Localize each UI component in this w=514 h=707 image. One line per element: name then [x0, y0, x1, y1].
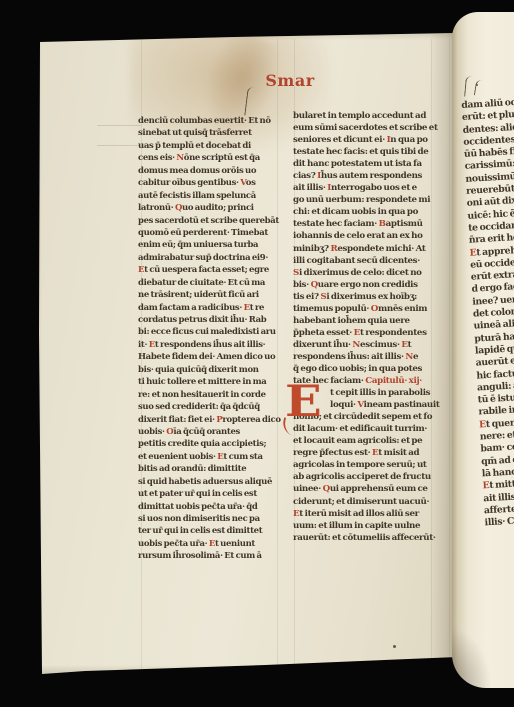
- next-leaf-corner-shadow: [452, 628, 492, 688]
- text-line: suo sed crediderit: q̄a q̄dcūq̄: [138, 401, 281, 413]
- text-line: ab agricolis acciperet de fructu: [293, 471, 454, 483]
- text-line: enim eū; q̄m uniuersa turba: [138, 239, 281, 251]
- text-line: ter ur̄ qui in celis est dimittet: [138, 525, 281, 537]
- text-line: dixerit fiat: fiet ei· Propterea dico: [138, 414, 281, 426]
- text-line: domus mea domus orōis uo: [138, 165, 281, 177]
- ruling-line-horizontal: [97, 145, 141, 146]
- text-line: rursum ih̄rosolimā· Et cum ā: [138, 550, 281, 562]
- text-line: uinee· Qui apprehensū eum ce: [293, 483, 454, 495]
- text-line: iohannis de celo erat an ex ho: [293, 230, 454, 242]
- left-edge-shadow: [35, 33, 42, 677]
- text-line: illis· Cuius ē yma: [484, 514, 514, 530]
- text-line: timemus populū· Omnēs enim: [293, 303, 454, 315]
- text-line: si uos non dimiseritis nec pa: [138, 513, 281, 525]
- text-line: dixerunt ih̄u· Nescimus· Et: [293, 339, 454, 351]
- text-line: bis· Quare ergo non credidis: [293, 279, 454, 291]
- text-line: minibʒ? Respondete michi· At: [293, 243, 454, 255]
- bottom-edge-shadow: [35, 665, 459, 677]
- ruling-line-horizontal: [97, 125, 141, 126]
- text-line: uum: et illum in capite uulne: [293, 520, 454, 532]
- text-line: diebatur de ciuitate· Et cū ma: [138, 277, 281, 289]
- text-line: bitis ad orandū: dimittite: [138, 463, 281, 475]
- text-line: agricolas in tempore seruū; ut: [293, 459, 454, 471]
- text-line: q̄ ego dico uobis; in qua potes: [293, 363, 454, 375]
- text-line: cias? Ih̄us autem respondens: [293, 170, 454, 182]
- next-page-text: dam aliū occierūt: et pluresdentes: alio…: [461, 97, 514, 530]
- text-line: ait illis· Interrogabo uos et e: [293, 182, 454, 194]
- text-line: ti huic tollere et mittere in ma: [138, 376, 281, 388]
- text-line: petitis credite quia accipietis;: [138, 438, 281, 450]
- text-line: rauerūt: et cōtumeliis affecerūt·: [293, 532, 454, 544]
- manuscript-page: Smar denciū columbas euertit· Et nōsineb…: [35, 33, 459, 677]
- text-line: uobis pec̄ta ur̄a· Et ueniunt: [138, 538, 281, 550]
- text-line: sinebat ut quisq̄ trāsferret: [138, 127, 281, 139]
- text-line: Si dixerimus de celo: dicet no: [293, 267, 454, 279]
- photo-stage: Smar denciū columbas euertit· Et nōsineb…: [0, 0, 514, 707]
- pen-flourish-icon: [244, 87, 256, 117]
- text-line: tis ei? Si dixerimus ex hoībʒ:: [293, 291, 454, 303]
- text-line: Et cū uespera facta esset; egre: [138, 264, 281, 276]
- text-line: dit hanc potestatem ut ista fa: [293, 158, 454, 170]
- text-line: et euenient uobis· Et cum sta: [138, 451, 281, 463]
- text-line: respondens ih̄us: ait illis· Ne: [293, 351, 454, 363]
- text-line: dam factam a radicibus· Et re: [138, 302, 281, 314]
- text-line: uas p̄ templū et docebat di: [138, 140, 281, 152]
- text-line: go unū uerbum: respondete mi: [293, 194, 454, 206]
- text-line: eum sūmi sacerdotes et scribe et: [293, 122, 454, 134]
- text-line: bis· quia quicūq̄ dixerit mon: [138, 364, 281, 376]
- text-line: testate hec facis: et quis tibi de: [293, 146, 454, 158]
- text-line: bularet in templo accedunt ad: [293, 110, 454, 122]
- text-line: cens eis· Nōne scriptū est q̄a: [138, 152, 281, 164]
- left-column: denciū columbas euertit· Et nōsinebat ut…: [138, 115, 281, 563]
- parchment-speck: [476, 84, 478, 86]
- text-line: pes sacerdotū et scribe querebāt: [138, 215, 281, 227]
- text-line: ne trāsirent; uiderūt ficū ari: [138, 289, 281, 301]
- text-line: it· Et respondens ih̄us ait illis·: [138, 339, 281, 351]
- text-line: uobis· Oīa q̄cūq̄ orantes: [138, 426, 281, 438]
- text-line: cordatus petrus dixit ih̄u· Rab: [138, 314, 281, 326]
- right-column: bularet in templo accedunt adeum sūmi sa…: [293, 110, 454, 544]
- text-line: cabitur oībus gentibus· Vos: [138, 177, 281, 189]
- pen-flourish-icon: [474, 79, 485, 96]
- text-line: dimittat uobis pec̄ta ur̄a· q̄d: [138, 501, 281, 513]
- text-line: p̄pheta esset· Et respondentes: [293, 327, 454, 339]
- text-line: denciū columbas euertit· Et nō: [138, 115, 281, 127]
- text-line: bi: ecce ficus cui maledixisti aru: [138, 326, 281, 338]
- text-line: habebant ioh̄em quia uere: [293, 315, 454, 327]
- text-line: chi: et dicam uobis in qua po: [293, 206, 454, 218]
- text-line: Habete fidem dei· Amen dico uo: [138, 351, 281, 363]
- text-line: si quid habetis aduersus aliquē: [138, 476, 281, 488]
- text-line: seniores et dicunt ei· In qua po: [293, 134, 454, 146]
- text-line: testate hec faciam· Baptismū: [293, 218, 454, 230]
- next-leaf-edge: dam aliū occierūt: et pluresdentes: alio…: [452, 12, 514, 688]
- text-line: et locauit eam agricolis: et pe: [293, 435, 454, 447]
- text-line: Et iterū misit ad illos aliū ser: [293, 508, 454, 520]
- text-line: quomō eū perderent· Timebat: [138, 227, 281, 239]
- text-line: ciderunt; et dimiserunt uacuū·: [293, 496, 454, 508]
- text-line: regre p̄fectus est· Et misit ad: [293, 447, 454, 459]
- text-line: autē fecistis illam speluncā: [138, 190, 281, 202]
- text-line: latronū· Quo audito; princi: [138, 202, 281, 214]
- top-edge-shadow: [35, 33, 459, 40]
- text-line: ut et pater ur̄ qui in celis est: [138, 488, 281, 500]
- parchment-speck: [393, 645, 396, 648]
- text-line: illi cogitabant secū dicentes·: [293, 255, 454, 267]
- text-line: re: et non hesitauerit in corde: [138, 389, 281, 401]
- chapter-initial: E: [285, 382, 322, 422]
- text-line: admirabatur sup̄ doctrina ei9·: [138, 252, 281, 264]
